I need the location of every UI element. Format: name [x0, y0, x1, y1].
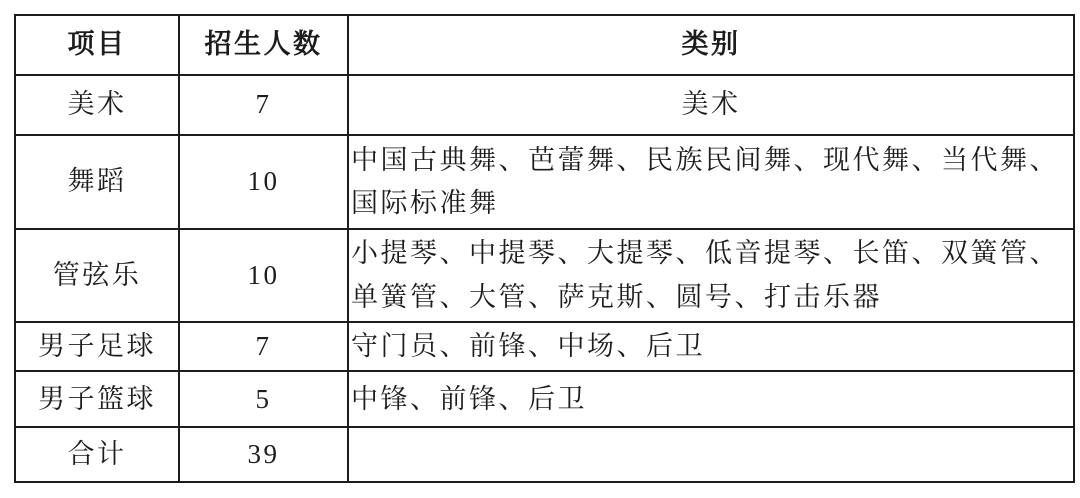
- cell-category: [348, 427, 1074, 482]
- cell-project: 管弦乐: [15, 229, 179, 322]
- table-row: 合计39: [15, 427, 1074, 482]
- cell-project: 男子篮球: [15, 371, 179, 427]
- table-row: 管弦乐10小提琴、中提琴、大提琴、低音提琴、长笛、双簧管、单簧管、大管、萨克斯、…: [15, 229, 1074, 322]
- cell-project: 美术: [15, 75, 179, 135]
- cell-project: 男子足球: [15, 322, 179, 371]
- header-project: 项目: [15, 15, 179, 75]
- cell-project: 舞蹈: [15, 135, 179, 229]
- cell-count: 10: [179, 229, 348, 322]
- cell-category: 美术: [348, 75, 1074, 135]
- header-category: 类别: [348, 15, 1074, 75]
- enrollment-table: 项目 招生人数 类别 美术7美术舞蹈10中国古典舞、芭蕾舞、民族民间舞、现代舞、…: [14, 14, 1075, 483]
- table-body: 美术7美术舞蹈10中国古典舞、芭蕾舞、民族民间舞、现代舞、当代舞、国际标准舞管弦…: [15, 75, 1074, 482]
- cell-project: 合计: [15, 427, 179, 482]
- cell-category: 小提琴、中提琴、大提琴、低音提琴、长笛、双簧管、单簧管、大管、萨克斯、圆号、打击…: [348, 229, 1074, 322]
- table-row: 男子篮球5中锋、前锋、后卫: [15, 371, 1074, 427]
- cell-count: 39: [179, 427, 348, 482]
- cell-category: 中国古典舞、芭蕾舞、民族民间舞、现代舞、当代舞、国际标准舞: [348, 135, 1074, 229]
- cell-category: 中锋、前锋、后卫: [348, 371, 1074, 427]
- table-row: 美术7美术: [15, 75, 1074, 135]
- cell-category: 守门员、前锋、中场、后卫: [348, 322, 1074, 371]
- cell-count: 7: [179, 75, 348, 135]
- page: 项目 招生人数 类别 美术7美术舞蹈10中国古典舞、芭蕾舞、民族民间舞、现代舞、…: [0, 0, 1080, 498]
- cell-count: 7: [179, 322, 348, 371]
- cell-count: 5: [179, 371, 348, 427]
- header-count: 招生人数: [179, 15, 348, 75]
- table-header-row: 项目 招生人数 类别: [15, 15, 1074, 75]
- cell-count: 10: [179, 135, 348, 229]
- table-row: 男子足球7守门员、前锋、中场、后卫: [15, 322, 1074, 371]
- table-row: 舞蹈10中国古典舞、芭蕾舞、民族民间舞、现代舞、当代舞、国际标准舞: [15, 135, 1074, 229]
